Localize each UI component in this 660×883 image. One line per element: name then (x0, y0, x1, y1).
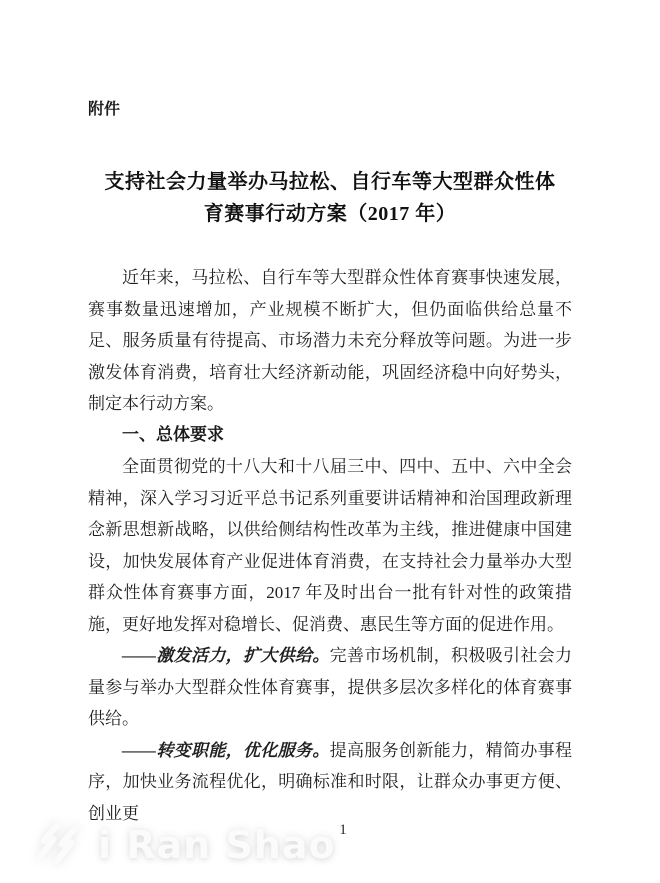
intro-paragraph: 近年来，马拉松、自行车等大型群众性体育赛事快速发展，赛事数量迅速增加，产业规模不… (88, 262, 572, 420)
dash-lead-stimulate-vitality: ——激发活力，扩大供给。 (122, 646, 330, 665)
document-title: 支持社会力量举办马拉松、自行车等大型群众性体育赛事行动方案（2017 年） (100, 166, 560, 230)
page-number: 1 (0, 822, 660, 839)
attachment-label: 附件 (88, 96, 120, 119)
document-body: 近年来，马拉松、自行车等大型群众性体育赛事快速发展，赛事数量迅速增加，产业规模不… (88, 262, 572, 829)
section-heading-overall-requirements: 一、总体要求 (88, 420, 572, 452)
dash-paragraph-transform-functions: ——转变职能，优化服务。提高服务创新能力，精简办事程序，加快业务流程优化，明确标… (88, 735, 572, 830)
document-page: 附件 支持社会力量举办马拉松、自行车等大型群众性体育赛事行动方案（2017 年）… (0, 0, 660, 883)
dash-paragraph-stimulate-vitality: ——激发活力，扩大供给。完善市场机制，积极吸引社会力量参与举办大型群众性体育赛事… (88, 640, 572, 735)
overall-paragraph: 全面贯彻党的十八大和十八届三中、四中、五中、六中全会精神，深入学习习近平总书记系… (88, 451, 572, 640)
dash-lead-transform-functions: ——转变职能，优化服务。 (122, 741, 330, 760)
